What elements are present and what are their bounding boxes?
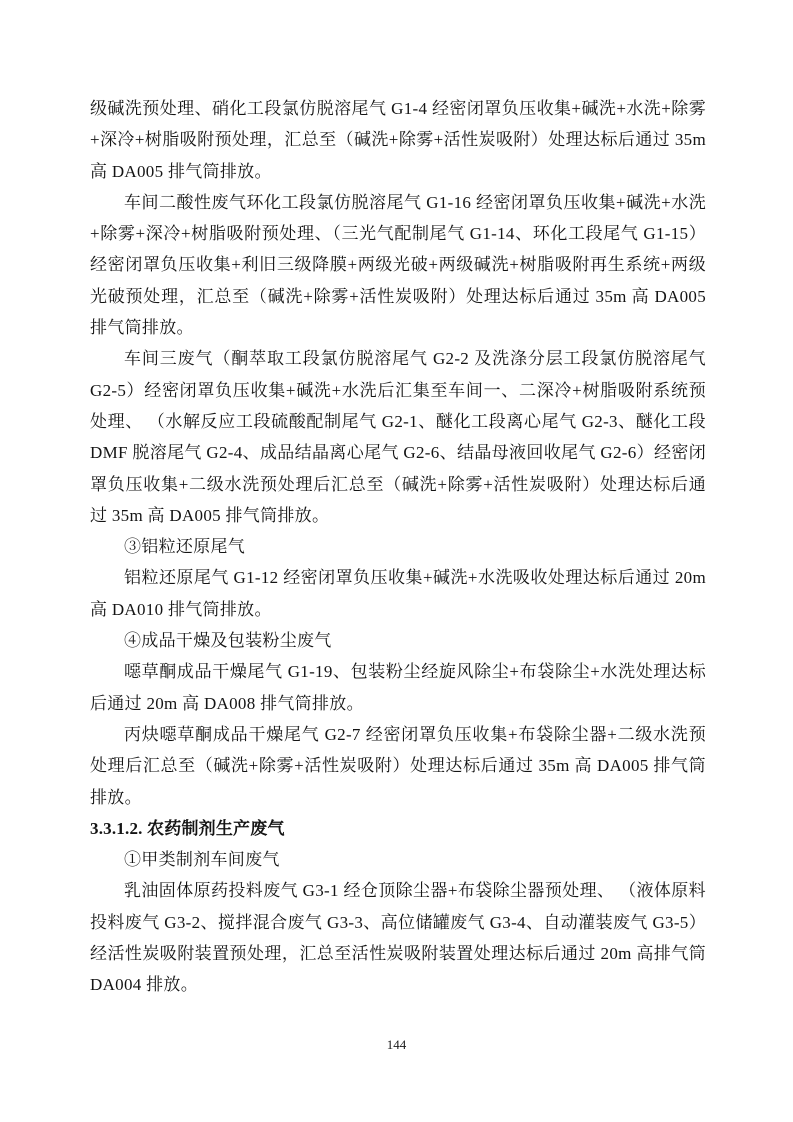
body-paragraph: 噁草酮成品干燥尾气 G1-19、包装粉尘经旋风除尘+布袋除尘+水洗处理达标后通过…	[90, 656, 706, 719]
body-paragraph: 级碱洗预处理、硝化工段氯仿脱溶尾气 G1-4 经密闭罩负压收集+碱洗+水洗+除雾…	[90, 93, 706, 187]
body-paragraph: 车间二酸性废气环化工段氯仿脱溶尾气 G1-16 经密闭罩负压收集+碱洗+水洗+除…	[90, 187, 706, 343]
body-paragraph: 丙炔噁草酮成品干燥尾气 G2-7 经密闭罩负压收集+布袋除尘器+二级水洗预处理后…	[90, 719, 706, 813]
body-paragraph: 铝粒还原尾气 G1-12 经密闭罩负压收集+碱洗+水洗吸收处理达标后通过 20m…	[90, 562, 706, 625]
list-item-4-drying-packaging-dust: ④成品干燥及包装粉尘废气	[90, 625, 706, 656]
section-heading: 3.3.1.2. 农药制剂生产废气	[90, 813, 706, 844]
page-content: 级碱洗预处理、硝化工段氯仿脱溶尾气 G1-4 经密闭罩负压收集+碱洗+水洗+除雾…	[90, 93, 706, 1001]
list-item-3-aluminum-tail-gas: ③铝粒还原尾气	[90, 531, 706, 562]
body-paragraph: 车间三废气（酮萃取工段氯仿脱溶尾气 G2-2 及洗涤分层工段氯仿脱溶尾气 G2-…	[90, 343, 706, 531]
page-number: 144	[0, 1036, 793, 1053]
list-item-1-formulation-workshop: ①甲类制剂车间废气	[90, 844, 706, 875]
body-paragraph: 乳油固体原药投料废气 G3-1 经仓顶除尘器+布袋除尘器预处理、 （液体原料投料…	[90, 875, 706, 1000]
document-page: 级碱洗预处理、硝化工段氯仿脱溶尾气 G1-4 经密闭罩负压收集+碱洗+水洗+除雾…	[0, 0, 793, 1122]
